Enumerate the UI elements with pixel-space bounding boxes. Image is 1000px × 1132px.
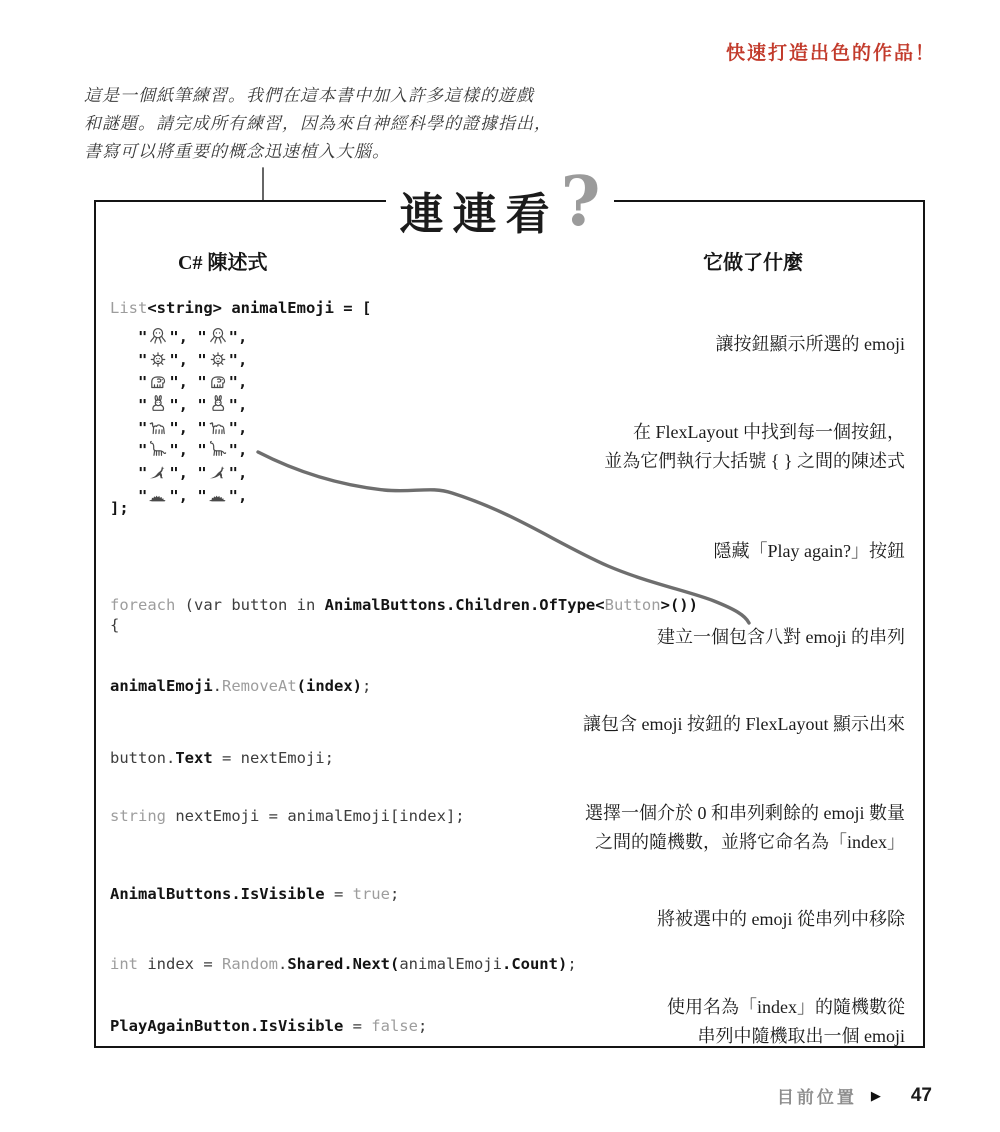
footer-label: 目前位置	[777, 1083, 857, 1108]
code-line-random-index: int index = Random.Shared.Next(animalEmo…	[110, 954, 577, 974]
answer-show-flexlayout: 讓包含 emoji 按鈕的 FlexLayout 顯示出來	[583, 710, 905, 739]
kangaroo-emoji-icon	[148, 462, 168, 482]
column-header-csharp: C# 陳述式	[178, 246, 267, 275]
code-line-button-text: button.Text = nextEmoji;	[110, 748, 334, 768]
answer-show-emoji: 讓按鈕顯示所選的 emoji	[716, 330, 906, 359]
code-line-open-brace: {	[110, 615, 119, 635]
code-line-list-declaration: List<string> animalEmoji = [	[110, 298, 371, 318]
elephant-emoji-icon	[148, 371, 168, 391]
code-line-emoji-pair: "", "",	[110, 485, 247, 506]
code-line-removeat: animalEmoji.RemoveAt(index);	[110, 676, 371, 696]
code-line-emoji-pair: "", "",	[110, 349, 247, 370]
code-line-emoji-pair: "", "",	[110, 326, 247, 347]
note-line-1: 這是一個紙筆練習。我們在這本書中加入許多這樣的遊戲	[84, 82, 584, 110]
octopus-emoji-icon	[208, 326, 228, 346]
code-line-list-close: ];	[110, 498, 129, 518]
rabbit-emoji-icon	[148, 394, 168, 414]
answer-flexlayout-foreach: 在 FlexLayout 中找到每一個按鈕， 並為它們執行大括號 { } 之間的…	[604, 418, 905, 476]
answer-take-emoji: 使用名為「index」的隨機數從 串列中隨機取出一個 emoji	[667, 993, 905, 1051]
note-line-3: 書寫可以將重要的概念迅速植入大腦。	[84, 138, 584, 166]
page-header: 快速打造出色的作品！	[726, 38, 936, 65]
sauropod-emoji-icon	[208, 439, 228, 459]
handwritten-note: 這是一個紙筆練習。我們在這本書中加入許多這樣的遊戲 和謎題。請完成所有練習，因為…	[84, 82, 584, 166]
rabbit-emoji-icon	[208, 394, 228, 414]
camel-emoji-icon	[148, 417, 168, 437]
octopus-emoji-icon	[148, 326, 168, 346]
note-line-2: 和謎題。請完成所有練習，因為來自神經科學的證據指出，	[84, 110, 584, 138]
sauropod-emoji-icon	[148, 439, 168, 459]
kangaroo-emoji-icon	[208, 462, 228, 482]
book-page: 快速打造出色的作品！ 這是一個紙筆練習。我們在這本書中加入許多這樣的遊戲 和謎題…	[0, 0, 1000, 1132]
code-line-emoji-pair: "", "",	[110, 417, 247, 438]
code-line-emoji-pair: "", "",	[110, 439, 247, 460]
column-header-what-it-does: 它做了什麼	[703, 246, 803, 275]
page-number: 47	[911, 1085, 932, 1107]
code-line-playagain-visible: PlayAgainButton.IsVisible = false;	[110, 1016, 427, 1036]
answer-create-list: 建立一個包含八對 emoji 的串列	[657, 623, 905, 652]
answer-random-number: 選擇一個介於 0 和串列剩餘的 emoji 數量 之間的隨機數，並將它命名為「i…	[585, 799, 905, 857]
pufferfish-emoji-icon	[208, 349, 228, 369]
camel-emoji-icon	[208, 417, 228, 437]
answer-hide-play-again: 隱藏「Play again?」按鈕	[714, 537, 905, 566]
code-line-emoji-pair: "", "",	[110, 394, 247, 415]
code-line-next-emoji: string nextEmoji = animalEmoji[index];	[110, 806, 465, 826]
footer-arrow-icon: ▶	[871, 1088, 881, 1104]
hedgehog-emoji-icon	[148, 485, 168, 505]
pufferfish-emoji-icon	[148, 349, 168, 369]
answer-remove-emoji: 將被選中的 emoji 從串列中移除	[657, 905, 905, 934]
page-footer: 目前位置 ▶ 47	[777, 1083, 932, 1108]
code-line-emoji-pair: "", "",	[110, 462, 247, 483]
code-line-emoji-pair: "", "",	[110, 371, 247, 392]
hedgehog-emoji-icon	[208, 485, 228, 505]
elephant-emoji-icon	[208, 371, 228, 391]
code-line-animalbuttons-visible: AnimalButtons.IsVisible = true;	[110, 884, 399, 904]
code-line-foreach: foreach (var button in AnimalButtons.Chi…	[110, 595, 698, 615]
